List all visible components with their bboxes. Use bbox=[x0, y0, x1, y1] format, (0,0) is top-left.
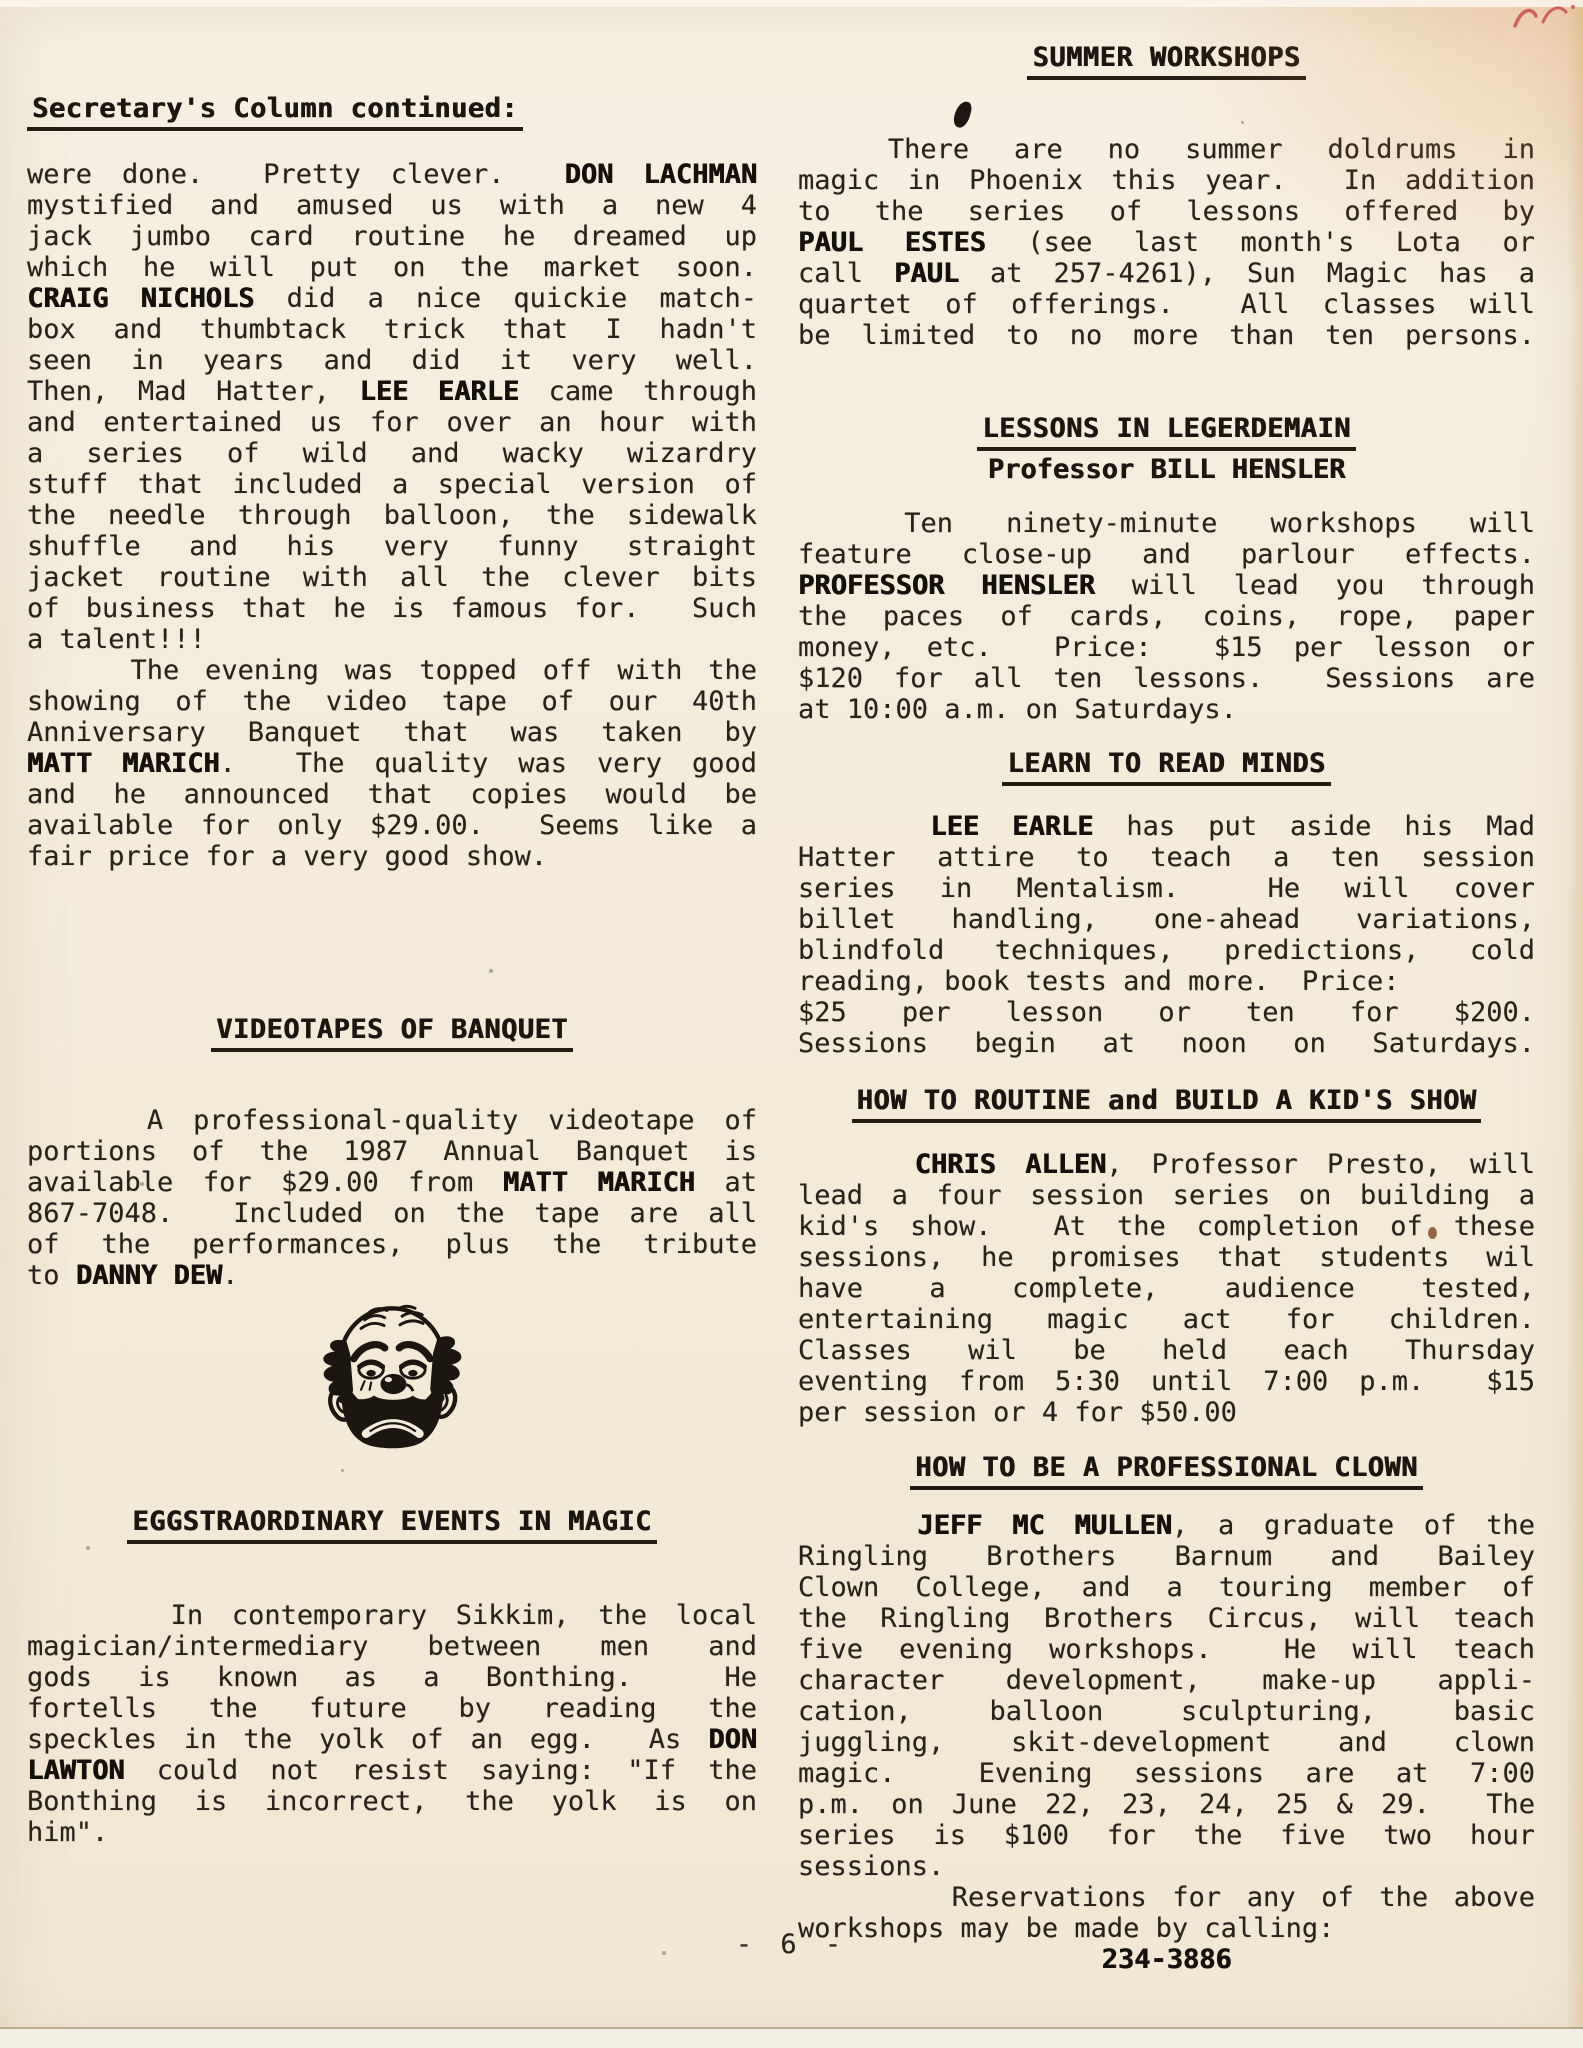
text-line: series is $100 for the five two hour bbox=[798, 1820, 1535, 1851]
text-line: billet handling, one-ahead variations, bbox=[798, 904, 1535, 935]
text-line: seen in years and did it very well. bbox=[27, 345, 757, 376]
text-line: In contemporary Sikkim, the local bbox=[27, 1600, 757, 1631]
text-line: call PAUL at 257-4261), Sun Magic has a bbox=[798, 258, 1535, 289]
emphasis-text: DON LACHMAN bbox=[564, 159, 757, 190]
text-line: There are no summer doldrums in bbox=[798, 134, 1535, 165]
section-heading-text: EGGSTRAORDINARY EVENTS IN MAGIC bbox=[127, 1506, 656, 1544]
text-line: 867-7048. Included on the tape are all bbox=[27, 1198, 757, 1229]
text-line: of business that he is famous for. Such bbox=[27, 593, 757, 624]
text-line: series in Mentalism. He will cover bbox=[798, 873, 1535, 904]
section-heading: VIDEOTAPES OF BANQUET bbox=[27, 1014, 757, 1052]
section-heading: HOW TO ROUTINE and BUILD A KID'S SHOW bbox=[798, 1085, 1535, 1123]
text-line: jacket routine with all the clever bits bbox=[27, 562, 757, 593]
emphasis-text: DANNY DEW bbox=[76, 1260, 222, 1291]
text-line: speckles in the yolk of an egg. As DON bbox=[27, 1724, 757, 1755]
text-line: 234-3886 bbox=[798, 1944, 1535, 1975]
paragraph: were done. Pretty clever. DON LACHMANmys… bbox=[27, 159, 757, 655]
paragraph: Reservations for any of the aboveworksho… bbox=[798, 1882, 1535, 1975]
text-line: quartet of offerings. All classes will bbox=[798, 289, 1535, 320]
text-line: CHRIS ALLEN, Professor Presto, will bbox=[798, 1149, 1535, 1180]
text-line: magic in Phoenix this year. In addition bbox=[798, 165, 1535, 196]
text-line: kid's show. At the completion of these bbox=[798, 1211, 1535, 1242]
text-line: PROFESSOR HENSLER will lead you through bbox=[798, 570, 1535, 601]
emphasis-text: DON bbox=[708, 1724, 757, 1755]
text-line: Sessions begin at noon on Saturdays. bbox=[798, 1028, 1535, 1059]
text-line: entertaining magic act for children. bbox=[798, 1304, 1535, 1335]
section-subheading: Professor BILL HENSLER bbox=[798, 454, 1535, 485]
scan-edge-right bbox=[1567, 0, 1583, 2048]
left-column: Secretary's Column continued:were done. … bbox=[27, 93, 757, 1848]
text-line: $25 per lesson or ten for $200. bbox=[798, 997, 1535, 1028]
emphasis-text: PROFESSOR HENSLER bbox=[798, 570, 1095, 601]
paragraph: JEFF MC MULLEN, a graduate of theRinglin… bbox=[798, 1510, 1535, 1882]
text-line: LAWTON could not resist saying: "If the bbox=[27, 1755, 757, 1786]
text-line: money, etc. Price: $15 per lesson or bbox=[798, 632, 1535, 663]
text-line: LEE EARLE has put aside his Mad bbox=[798, 811, 1535, 842]
text-line: mystified and amused us with a new 4 bbox=[27, 190, 757, 221]
text-line: JEFF MC MULLEN, a graduate of the bbox=[798, 1510, 1535, 1541]
text-line: Then, Mad Hatter, LEE EARLE came through bbox=[27, 376, 757, 407]
red-pen-mark bbox=[1503, 0, 1581, 34]
text-line: CRAIG NICHOLS did a nice quickie match- bbox=[27, 283, 757, 314]
text-line: portions of the 1987 Annual Banquet is bbox=[27, 1136, 757, 1167]
text-line: at 10:00 a.m. on Saturdays. bbox=[798, 694, 1535, 725]
text-line: a series of wild and wacky wizardry bbox=[27, 438, 757, 469]
text-line: workshops may be made by calling: bbox=[798, 1913, 1535, 1944]
emphasis-text: 234-3886 bbox=[1101, 1944, 1231, 1975]
text-line: the paces of cards, coins, rope, paper bbox=[798, 601, 1535, 632]
text-line: The evening was topped off with the bbox=[27, 655, 757, 686]
text-line: Bonthing is incorrect, the yolk is on bbox=[27, 1786, 757, 1817]
text-line: magician/intermediary between men and bbox=[27, 1631, 757, 1662]
paragraph: In contemporary Sikkim, the localmagicia… bbox=[27, 1600, 757, 1848]
section-heading-text: VIDEOTAPES OF BANQUET bbox=[211, 1014, 573, 1052]
paper-speck bbox=[489, 969, 493, 973]
paragraph: There are no summer doldrums inmagic in … bbox=[798, 134, 1535, 351]
section-heading-text: HOW TO BE A PROFESSIONAL CLOWN bbox=[910, 1452, 1423, 1490]
text-line: be limited to no more than ten persons. bbox=[798, 320, 1535, 351]
emphasis-text: JEFF MC MULLEN bbox=[917, 1510, 1172, 1541]
newsletter-page: Secretary's Column continued:were done. … bbox=[0, 0, 1583, 2048]
text-line: Classes wil be held each Thursday bbox=[798, 1335, 1535, 1366]
text-line: MATT MARICH. The quality was very good bbox=[27, 748, 757, 779]
text-line: lead a four session series on building a bbox=[798, 1180, 1535, 1211]
text-line: available for only $29.00. Seems like a bbox=[27, 810, 757, 841]
paper-speck bbox=[1241, 121, 1244, 124]
text-line: a talent!!! bbox=[27, 624, 757, 655]
text-line: fair price for a very good show. bbox=[27, 841, 757, 872]
text-line: showing of the video tape of our 40th bbox=[27, 686, 757, 717]
text-line: to the series of lessons offered by bbox=[798, 196, 1535, 227]
section-heading-text: HOW TO ROUTINE and BUILD A KID'S SHOW bbox=[852, 1085, 1482, 1123]
paragraph: A professional-quality videotape ofporti… bbox=[27, 1105, 757, 1291]
section-heading: SUMMER WORKSHOPS bbox=[798, 42, 1535, 80]
paragraph: The evening was topped off with theshowi… bbox=[27, 655, 757, 872]
text-line: available for $29.00 from MATT MARICH at bbox=[27, 1167, 757, 1198]
text-line: gods is known as a Bonthing. He bbox=[27, 1662, 757, 1693]
emphasis-text: MATT MARICH bbox=[27, 748, 220, 779]
text-line: were done. Pretty clever. DON LACHMAN bbox=[27, 159, 757, 190]
text-line: Reservations for any of the above bbox=[798, 1882, 1535, 1913]
text-line: jack jumbo card routine he dreamed up bbox=[27, 221, 757, 252]
text-line: which he will put on the market soon. bbox=[27, 252, 757, 283]
emphasis-text: MATT MARICH bbox=[503, 1167, 695, 1198]
paper-speck bbox=[341, 1469, 344, 1472]
text-line: the Ringling Brothers Circus, will teach bbox=[798, 1603, 1535, 1634]
text-line: reading, book tests and more. Price: bbox=[798, 966, 1535, 997]
emphasis-text: PAUL ESTES bbox=[798, 227, 986, 258]
section-heading: LESSONS IN LEGERDEMAINProfessor BILL HEN… bbox=[798, 413, 1535, 485]
text-line: the needle through balloon, the sidewalk bbox=[27, 500, 757, 531]
text-line: him". bbox=[27, 1817, 757, 1848]
section-heading-text: Secretary's Column continued: bbox=[27, 93, 523, 131]
text-line: Clown College, and a touring member of bbox=[798, 1572, 1535, 1603]
text-line: magic. Evening sessions are at 7:00 bbox=[798, 1758, 1535, 1789]
text-line: sessions, he promises that students wil bbox=[798, 1242, 1535, 1273]
text-line: p.m. on June 22, 23, 24, 25 & 29. The bbox=[798, 1789, 1535, 1820]
text-line: Anniversary Banquet that was taken by bbox=[27, 717, 757, 748]
paper-speck bbox=[140, 1182, 144, 1186]
text-line: and entertained us for over an hour with bbox=[27, 407, 757, 438]
section-heading: HOW TO BE A PROFESSIONAL CLOWN bbox=[798, 1452, 1535, 1490]
text-line: juggling, skit-development and clown bbox=[798, 1727, 1535, 1758]
emphasis-text: PAUL bbox=[894, 258, 959, 289]
paper-speck bbox=[1428, 1227, 1437, 1239]
paper-speck bbox=[86, 1546, 90, 1550]
section-heading: LEARN TO READ MINDS bbox=[798, 748, 1535, 786]
text-line: PAUL ESTES (see last month's Lota or bbox=[798, 227, 1535, 258]
text-line: shuffle and his very funny straight bbox=[27, 531, 757, 562]
paragraph: LEE EARLE has put aside his MadHatter at… bbox=[798, 811, 1535, 1059]
text-line: Ten ninety-minute workshops will bbox=[798, 508, 1535, 539]
section-heading-text: SUMMER WORKSHOPS bbox=[1027, 42, 1305, 80]
text-line: character development, make-up appli- bbox=[798, 1665, 1535, 1696]
paper-speck bbox=[662, 1951, 666, 1955]
emphasis-text: LEE EARLE bbox=[930, 811, 1093, 842]
section-heading: Secretary's Column continued: bbox=[27, 93, 757, 131]
section-heading-text: LESSONS IN LEGERDEMAIN bbox=[977, 413, 1356, 451]
text-line: eventing from 5:30 until 7:00 p.m. $15 bbox=[798, 1366, 1535, 1397]
text-line: sessions. bbox=[798, 1851, 1535, 1882]
text-line: and he announced that copies would be bbox=[27, 779, 757, 810]
text-line: fortells the future by reading the bbox=[27, 1693, 757, 1724]
section-heading: EGGSTRAORDINARY EVENTS IN MAGIC bbox=[27, 1506, 757, 1544]
section-heading-text: LEARN TO READ MINDS bbox=[1002, 748, 1330, 786]
text-line: five evening workshops. He will teach bbox=[798, 1634, 1535, 1665]
sad-clown-illustration bbox=[27, 1291, 757, 1458]
text-line: Hatter attire to teach a ten session bbox=[798, 842, 1535, 873]
right-column: SUMMER WORKSHOPS There are no summer dol… bbox=[798, 42, 1535, 1975]
scan-edge-top bbox=[0, 0, 1583, 7]
text-line: blindfold techniques, predictions, cold bbox=[798, 935, 1535, 966]
text-line: to DANNY DEW. bbox=[27, 1260, 757, 1291]
paragraph: Ten ninety-minute workshops willfeature … bbox=[798, 508, 1535, 725]
emphasis-text: LAWTON bbox=[27, 1755, 125, 1786]
scan-edge-bottom-strip bbox=[0, 2029, 1583, 2048]
text-line: feature close-up and parlour effects. bbox=[798, 539, 1535, 570]
text-line: box and thumbtack trick that I hadn't bbox=[27, 314, 757, 345]
emphasis-text: LEE EARLE bbox=[359, 376, 519, 407]
text-line: per session or 4 for $50.00 bbox=[798, 1397, 1535, 1428]
page-number: - 6 - bbox=[736, 1929, 847, 1960]
text-line: cation, balloon sculpturing, basic bbox=[798, 1696, 1535, 1727]
paragraph: CHRIS ALLEN, Professor Presto, willlead … bbox=[798, 1149, 1535, 1428]
text-line: have a complete, audience tested, bbox=[798, 1273, 1535, 1304]
text-line: A professional-quality videotape of bbox=[27, 1105, 757, 1136]
emphasis-text: CRAIG NICHOLS bbox=[27, 283, 254, 314]
text-line: stuff that included a special version of bbox=[27, 469, 757, 500]
text-line: of the performances, plus the tribute bbox=[27, 1229, 757, 1260]
text-line: $120 for all ten lessons. Sessions are bbox=[798, 663, 1535, 694]
emphasis-text: CHRIS ALLEN bbox=[915, 1149, 1107, 1180]
text-line: Ringling Brothers Barnum and Bailey bbox=[798, 1541, 1535, 1572]
